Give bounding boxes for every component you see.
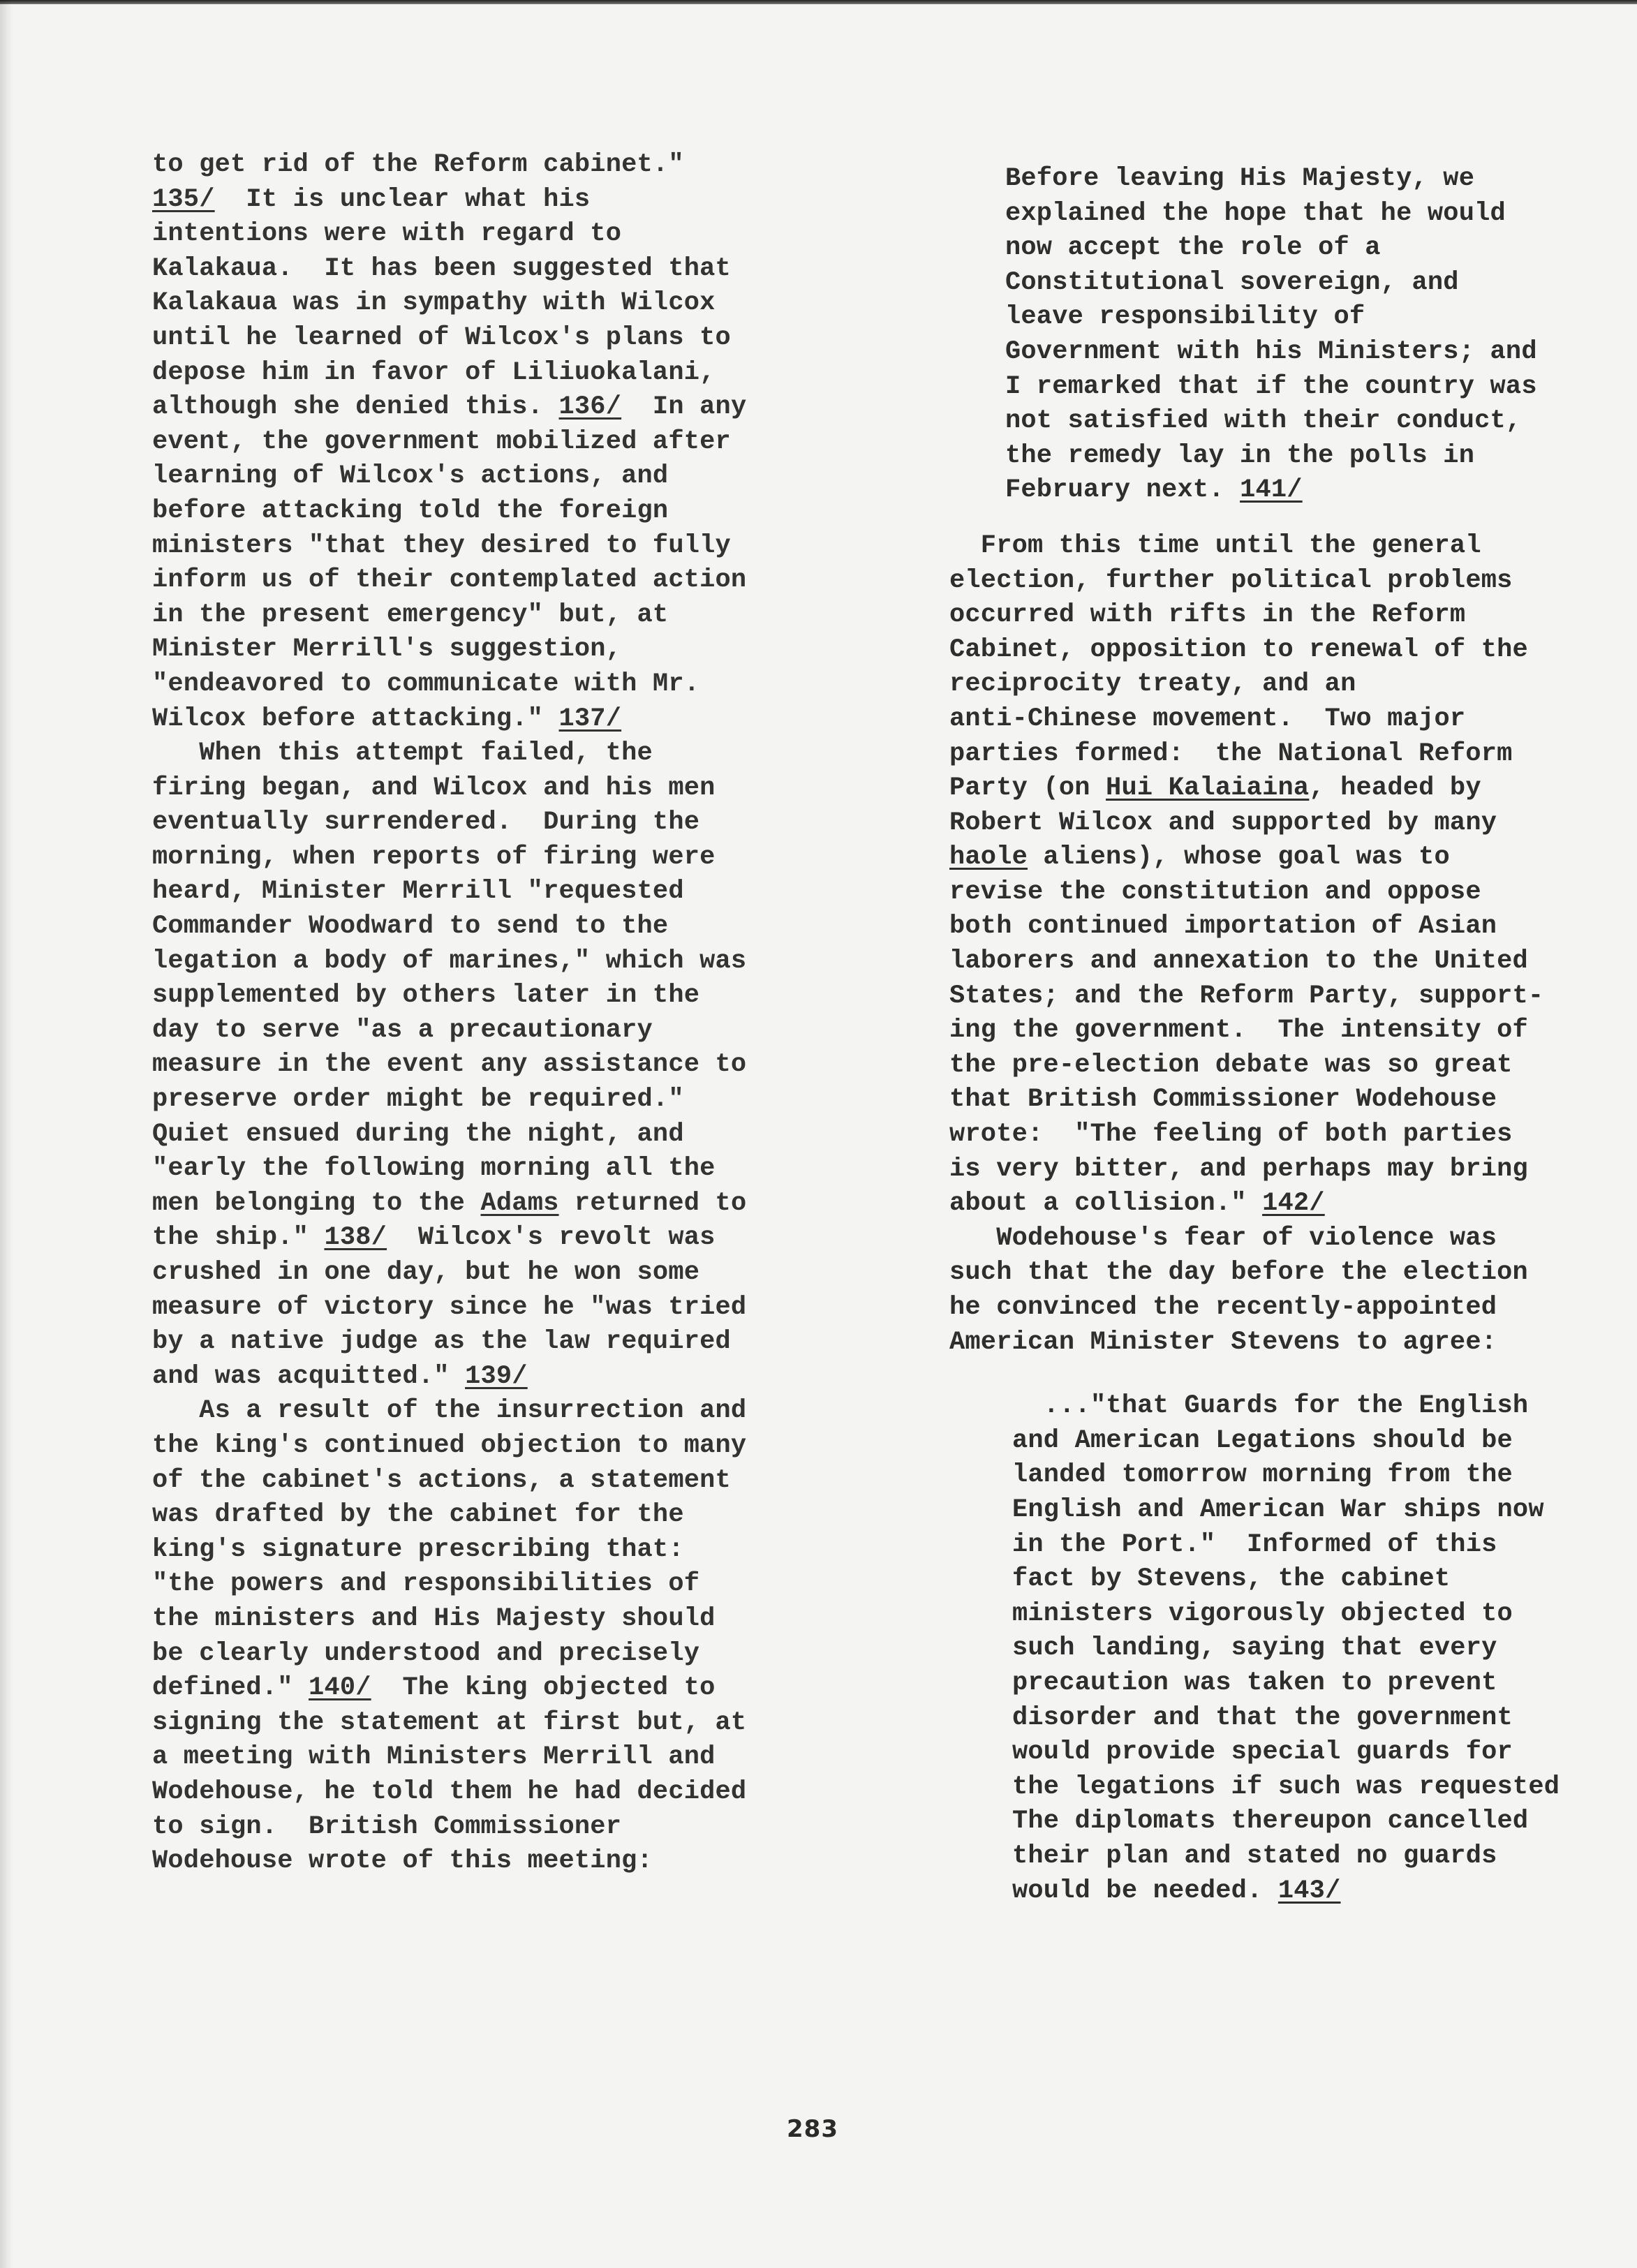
text-segment: signing the statement at first but, at — [152, 1708, 746, 1737]
text-line: legation a body of marines," which was — [152, 944, 822, 979]
text-segment: although she denied this. — [152, 392, 559, 422]
text-segment: to sign. British Commissioner — [152, 1812, 621, 1841]
text-line: the king's continued objection to many — [152, 1429, 822, 1464]
text-segment: day to serve "as a precautionary — [152, 1016, 653, 1045]
text-line: Quiet ensued during the night, and — [152, 1118, 822, 1152]
text-segment: the king's continued objection to many — [152, 1431, 746, 1460]
text-line: landed tomorrow morning from the — [824, 1458, 1637, 1493]
paragraph-gap — [824, 1360, 1637, 1389]
text-segment: Party (on — [949, 773, 1106, 803]
scan-shadow — [0, 0, 13, 2268]
text-line: States; and the Reform Party, support- — [824, 979, 1637, 1014]
footnote-reference: 138/ — [324, 1223, 387, 1252]
text-line: explained the hope that he would — [824, 197, 1637, 232]
text-line: ..."that Guards for the English — [824, 1389, 1637, 1424]
text-line: is very bitter, and perhaps may bring — [824, 1152, 1637, 1187]
text-line: eventually surrendered. During the — [152, 806, 822, 840]
footnote-reference: 142/ — [1262, 1189, 1325, 1218]
footnote-reference: 137/ — [559, 704, 622, 734]
text-line: until he learned of Wilcox's plans to — [152, 321, 822, 356]
text-segment: depose him in favor of Liliuokalani, — [152, 358, 716, 387]
text-line: morning, when reports of firing were — [152, 840, 822, 875]
text-line: The diplomats thereupon cancelled — [824, 1804, 1637, 1839]
text-line: ing the government. The intensity of — [824, 1014, 1637, 1048]
text-segment: their plan and stated no guards — [1012, 1841, 1497, 1871]
text-segment: Commander Woodward to send to the — [152, 912, 668, 941]
text-line: Kalakaua. It has been suggested that — [152, 252, 822, 287]
text-segment: the remedy lay in the polls in — [1005, 441, 1474, 470]
text-segment: that British Commissioner Wodehouse — [949, 1085, 1497, 1114]
text-line: men belonging to the Adams returned to — [152, 1187, 822, 1222]
text-segment: When this attempt failed, the — [152, 739, 653, 768]
text-segment: "early the following morning all the — [152, 1154, 716, 1183]
text-segment: before attacking told the foreign — [152, 496, 668, 526]
text-segment: The diplomats thereupon cancelled — [1012, 1807, 1528, 1836]
text-segment: February next. — [1005, 475, 1240, 505]
text-segment: ministers vigorously objected to — [1012, 1599, 1513, 1629]
text-line: preserve order might be required." — [152, 1083, 822, 1118]
text-segment: such that the day before the election — [949, 1258, 1528, 1287]
underlined-term: Adams — [480, 1189, 558, 1218]
text-line: the remedy lay in the polls in — [824, 439, 1637, 474]
text-segment: men belonging to the — [152, 1189, 480, 1218]
text-line: be clearly understood and precisely — [152, 1637, 822, 1672]
text-segment: aliens), whose goal was to — [1028, 843, 1450, 872]
text-segment: ..."that Guards for the English — [1012, 1391, 1528, 1421]
text-line: before attacking told the foreign — [152, 494, 822, 529]
text-line: occurred with rifts in the Reform — [824, 598, 1637, 633]
text-segment: "the powers and responsibilities of — [152, 1569, 699, 1599]
text-segment: It is unclear what his — [215, 185, 591, 214]
text-line: supplemented by others later in the — [152, 979, 822, 1014]
text-segment: is very bitter, and perhaps may bring — [949, 1155, 1528, 1184]
text-segment: eventually surrendered. During the — [152, 808, 699, 837]
text-line: day to serve "as a precautionary — [152, 1014, 822, 1048]
text-segment: was drafted by the cabinet for the — [152, 1500, 684, 1529]
text-segment: defined." — [152, 1673, 309, 1703]
text-line: measure of victory since he "was tried — [152, 1291, 822, 1326]
text-segment: crushed in one day, but he won some — [152, 1258, 699, 1287]
text-line: Wilcox before attacking." 137/ — [152, 702, 822, 737]
text-segment: the legations if such was requested — [1012, 1772, 1560, 1802]
text-line: not satisfied with their conduct, — [824, 404, 1637, 439]
text-line: firing began, and Wilcox and his men — [152, 771, 822, 806]
text-line: parties formed: the National Reform — [824, 737, 1637, 772]
text-segment: occurred with rifts in the Reform — [949, 600, 1465, 630]
text-segment: until he learned of Wilcox's plans to — [152, 323, 731, 353]
text-segment: morning, when reports of firing were — [152, 843, 716, 872]
text-segment: such landing, saying that every — [1012, 1633, 1497, 1663]
paragraph-gap — [824, 508, 1637, 529]
text-line: disorder and that the government — [824, 1701, 1637, 1736]
text-line: signing the statement at first but, at — [152, 1706, 822, 1741]
text-segment: Wilcox's revolt was — [387, 1223, 715, 1252]
text-segment: The king objected to — [371, 1673, 716, 1703]
text-line: I remarked that if the country was — [824, 370, 1637, 405]
text-segment: In any — [621, 392, 746, 422]
text-line: laborers and annexation to the United — [824, 944, 1637, 979]
text-line: February next. 141/ — [824, 473, 1637, 508]
text-line: From this time until the general — [824, 529, 1637, 564]
text-segment: a meeting with Ministers Merrill and — [152, 1742, 716, 1772]
text-segment: anti-Chinese movement. Two major — [949, 704, 1465, 734]
text-segment: now accept the role of a — [1005, 233, 1381, 262]
text-segment: Kalakaua was in sympathy with Wilcox — [152, 288, 716, 318]
text-segment: king's signature prescribing that: — [152, 1535, 684, 1564]
text-line: would provide special guards for — [824, 1735, 1637, 1770]
underlined-term: haole — [949, 843, 1028, 872]
text-segment: learning of Wilcox's actions, and — [152, 461, 668, 491]
text-segment: by a native judge as the law required — [152, 1327, 731, 1356]
text-segment: precaution was taken to prevent — [1012, 1668, 1497, 1698]
text-line: leave responsibility of — [824, 300, 1637, 335]
footnote-reference: 143/ — [1278, 1876, 1341, 1906]
footnote-reference: 140/ — [309, 1673, 371, 1703]
text-segment: Quiet ensued during the night, and — [152, 1120, 684, 1149]
footnote-reference: 139/ — [465, 1362, 528, 1391]
text-line: fact by Stevens, the cabinet — [824, 1562, 1637, 1597]
text-line: Constitutional sovereign, and — [824, 266, 1637, 301]
text-segment: returned to — [559, 1189, 747, 1218]
text-segment: ing the government. The intensity of — [949, 1016, 1528, 1045]
text-line: As a result of the insurrection and — [152, 1394, 822, 1429]
text-segment: Wodehouse wrote of this meeting: — [152, 1846, 653, 1876]
text-line: such that the day before the election — [824, 1256, 1637, 1291]
text-segment: Kalakaua. It has been suggested that — [152, 254, 731, 283]
text-segment: Cabinet, opposition to renewal of the — [949, 635, 1528, 665]
text-line: intentions were with regard to — [152, 217, 822, 252]
text-line: that British Commissioner Wodehouse — [824, 1083, 1637, 1118]
text-segment: supplemented by others later in the — [152, 981, 699, 1010]
text-segment: landed tomorrow morning from the — [1012, 1460, 1513, 1490]
text-segment: be clearly understood and precisely — [152, 1639, 699, 1668]
text-segment: ministers "that they desired to fully — [152, 531, 731, 561]
text-segment: Wodehouse's fear of violence was — [949, 1224, 1497, 1253]
text-line: measure in the event any assistance to — [152, 1048, 822, 1083]
text-line: "early the following morning all the — [152, 1152, 822, 1187]
text-line: their plan and stated no guards — [824, 1839, 1637, 1874]
text-line: Wodehouse wrote of this meeting: — [152, 1844, 822, 1879]
text-segment: "endeavored to communicate with Mr. — [152, 669, 699, 699]
right-column: Before leaving His Majesty, weexplained … — [824, 162, 1637, 1908]
text-segment: measure of victory since he "was tried — [152, 1293, 746, 1322]
text-line: event, the government mobilized after — [152, 425, 822, 460]
text-segment: would provide special guards for — [1012, 1737, 1513, 1767]
text-line: to sign. British Commissioner — [152, 1810, 822, 1845]
underlined-term: Hui Kalaiaina — [1106, 773, 1309, 803]
text-line: wrote: "The feeling of both parties — [824, 1118, 1637, 1152]
text-line: defined." 140/ The king objected to — [152, 1671, 822, 1706]
text-segment: laborers and annexation to the United — [949, 947, 1528, 976]
text-segment: Constitutional sovereign, and — [1005, 268, 1459, 297]
text-segment: parties formed: the National Reform — [949, 739, 1513, 769]
text-segment: American Minister Stevens to agree: — [949, 1328, 1497, 1357]
text-segment: , headed by — [1309, 773, 1481, 803]
text-line: the legations if such was requested — [824, 1770, 1637, 1805]
text-line: Government with his Ministers; and — [824, 335, 1637, 370]
text-segment: explained the hope that he would — [1005, 199, 1506, 228]
text-line: Robert Wilcox and supported by many — [824, 806, 1637, 841]
text-segment: States; and the Reform Party, support- — [949, 981, 1543, 1011]
text-segment: wrote: "The feeling of both parties — [949, 1120, 1513, 1149]
text-line: heard, Minister Merrill "requested — [152, 875, 822, 910]
text-line: 135/ It is unclear what his — [152, 183, 822, 218]
text-line: Kalakaua was in sympathy with Wilcox — [152, 286, 822, 321]
text-segment: Government with his Ministers; and — [1005, 337, 1537, 366]
text-segment: I remarked that if the country was — [1005, 372, 1537, 401]
text-line: revise the constitution and oppose — [824, 875, 1637, 910]
text-line: Before leaving His Majesty, we — [824, 162, 1637, 197]
text-segment: Wilcox before attacking." — [152, 704, 559, 734]
text-line: the pre-election debate was so great — [824, 1048, 1637, 1083]
paragraph-political-problems: From this time until the generalelection… — [824, 529, 1637, 1360]
text-segment: and was acquitted." — [152, 1362, 465, 1391]
text-line: anti-Chinese movement. Two major — [824, 702, 1637, 737]
text-segment: in the Port." Informed of this — [1012, 1530, 1497, 1559]
text-segment: the pre-election debate was so great — [949, 1051, 1513, 1080]
text-line: Commander Woodward to send to the — [152, 910, 822, 944]
text-line: although she denied this. 136/ In any — [152, 390, 822, 425]
text-line: Minister Merrill's suggestion, — [152, 632, 822, 667]
footnote-reference: 136/ — [559, 392, 622, 422]
text-line: When this attempt failed, the — [152, 736, 822, 771]
text-segment: disorder and that the government — [1012, 1703, 1513, 1733]
text-segment: reciprocity treaty, and an — [949, 669, 1356, 699]
text-segment: both continued importation of Asian — [949, 912, 1497, 941]
text-line: Wodehouse's fear of violence was — [824, 1222, 1637, 1257]
text-segment: firing began, and Wilcox and his men — [152, 773, 716, 803]
page-number: 283 — [787, 2115, 838, 2143]
text-line: he convinced the recently-appointed — [824, 1291, 1637, 1326]
text-segment: Wodehouse, he told them he had decided — [152, 1777, 746, 1807]
text-line: in the Port." Informed of this — [824, 1528, 1637, 1563]
footnote-reference: 141/ — [1240, 475, 1303, 505]
text-segment: Before leaving His Majesty, we — [1005, 164, 1474, 193]
text-segment: preserve order might be required." — [152, 1085, 684, 1114]
text-line: and American Legations should be — [824, 1424, 1637, 1459]
text-line: "the powers and responsibilities of — [152, 1567, 822, 1602]
text-segment: measure in the event any assistance to — [152, 1050, 746, 1079]
text-line: of the cabinet's actions, a statement — [152, 1464, 822, 1499]
text-segment: not satisfied with their conduct, — [1005, 406, 1521, 436]
text-segment: of the cabinet's actions, a statement — [152, 1466, 731, 1495]
text-line: precaution was taken to prevent — [824, 1666, 1637, 1701]
text-segment: about a collision." — [949, 1189, 1262, 1218]
text-line: crushed in one day, but he won some — [152, 1256, 822, 1291]
text-line: ministers "that they desired to fully — [152, 529, 822, 564]
text-line: such landing, saying that every — [824, 1631, 1637, 1666]
footnote-reference: 135/ — [152, 185, 215, 214]
text-line: by a native judge as the law required — [152, 1325, 822, 1360]
text-line: a meeting with Ministers Merrill and — [152, 1740, 822, 1775]
text-line: would be needed. 143/ — [824, 1874, 1637, 1909]
text-segment: intentions were with regard to — [152, 219, 621, 249]
quote-wodehouse-meeting: Before leaving His Majesty, weexplained … — [824, 162, 1637, 508]
text-line: Cabinet, opposition to renewal of the — [824, 633, 1637, 668]
text-segment: legation a body of marines," which was — [152, 947, 746, 976]
text-line: the ministers and His Majesty should — [152, 1602, 822, 1637]
text-segment: the ministers and His Majesty should — [152, 1604, 716, 1633]
text-segment: Minister Merrill's suggestion, — [152, 635, 621, 664]
text-segment: would be needed. — [1012, 1876, 1278, 1906]
scan-page-edge — [0, 0, 1637, 4]
text-segment: and American Legations should be — [1012, 1426, 1513, 1455]
text-line: in the present emergency" but, at — [152, 598, 822, 633]
text-line: English and American War ships now — [824, 1493, 1637, 1528]
left-column: to get rid of the Reform cabinet."135/ I… — [152, 148, 822, 1879]
text-segment: revise the constitution and oppose — [949, 877, 1481, 907]
text-segment: the ship." — [152, 1223, 324, 1252]
text-line: learning of Wilcox's actions, and — [152, 459, 822, 494]
quote-guards-landing: ..."that Guards for the Englishand Ameri… — [824, 1389, 1637, 1908]
text-segment: election, further political problems — [949, 566, 1513, 595]
text-segment: inform us of their contemplated action — [152, 565, 746, 595]
text-line: Wodehouse, he told them he had decided — [152, 1775, 822, 1810]
text-line: reciprocity treaty, and an — [824, 667, 1637, 702]
text-segment: Robert Wilcox and supported by many — [949, 808, 1497, 838]
text-line: now accept the role of a — [824, 231, 1637, 266]
text-line: to get rid of the Reform cabinet." — [152, 148, 822, 183]
text-line: depose him in favor of Liliuokalani, — [152, 356, 822, 391]
text-line: and was acquitted." 139/ — [152, 1360, 822, 1395]
text-line: Party (on Hui Kalaiaina, headed by — [824, 771, 1637, 806]
text-segment: From this time until the general — [949, 531, 1481, 561]
text-segment: leave responsibility of — [1005, 302, 1365, 332]
text-line: haole aliens), whose goal was to — [824, 840, 1637, 875]
text-line: "endeavored to communicate with Mr. — [152, 667, 822, 702]
text-segment: As a result of the insurrection and — [152, 1396, 746, 1425]
text-segment: fact by Stevens, the cabinet — [1012, 1564, 1450, 1594]
text-line: inform us of their contemplated action — [152, 563, 822, 598]
text-segment: he convinced the recently-appointed — [949, 1293, 1497, 1322]
text-line: both continued importation of Asian — [824, 910, 1637, 944]
text-line: was drafted by the cabinet for the — [152, 1498, 822, 1533]
text-line: about a collision." 142/ — [824, 1187, 1637, 1222]
text-segment: in the present emergency" but, at — [152, 600, 668, 630]
text-line: election, further political problems — [824, 564, 1637, 599]
text-line: American Minister Stevens to agree: — [824, 1326, 1637, 1361]
text-segment: English and American War ships now — [1012, 1495, 1544, 1525]
text-line: king's signature prescribing that: — [152, 1533, 822, 1568]
text-line: the ship." 138/ Wilcox's revolt was — [152, 1221, 822, 1256]
text-line: ministers vigorously objected to — [824, 1597, 1637, 1632]
text-segment: event, the government mobilized after — [152, 427, 731, 457]
text-segment: heard, Minister Merrill "requested — [152, 877, 684, 906]
text-segment: to get rid of the Reform cabinet." — [152, 150, 684, 179]
